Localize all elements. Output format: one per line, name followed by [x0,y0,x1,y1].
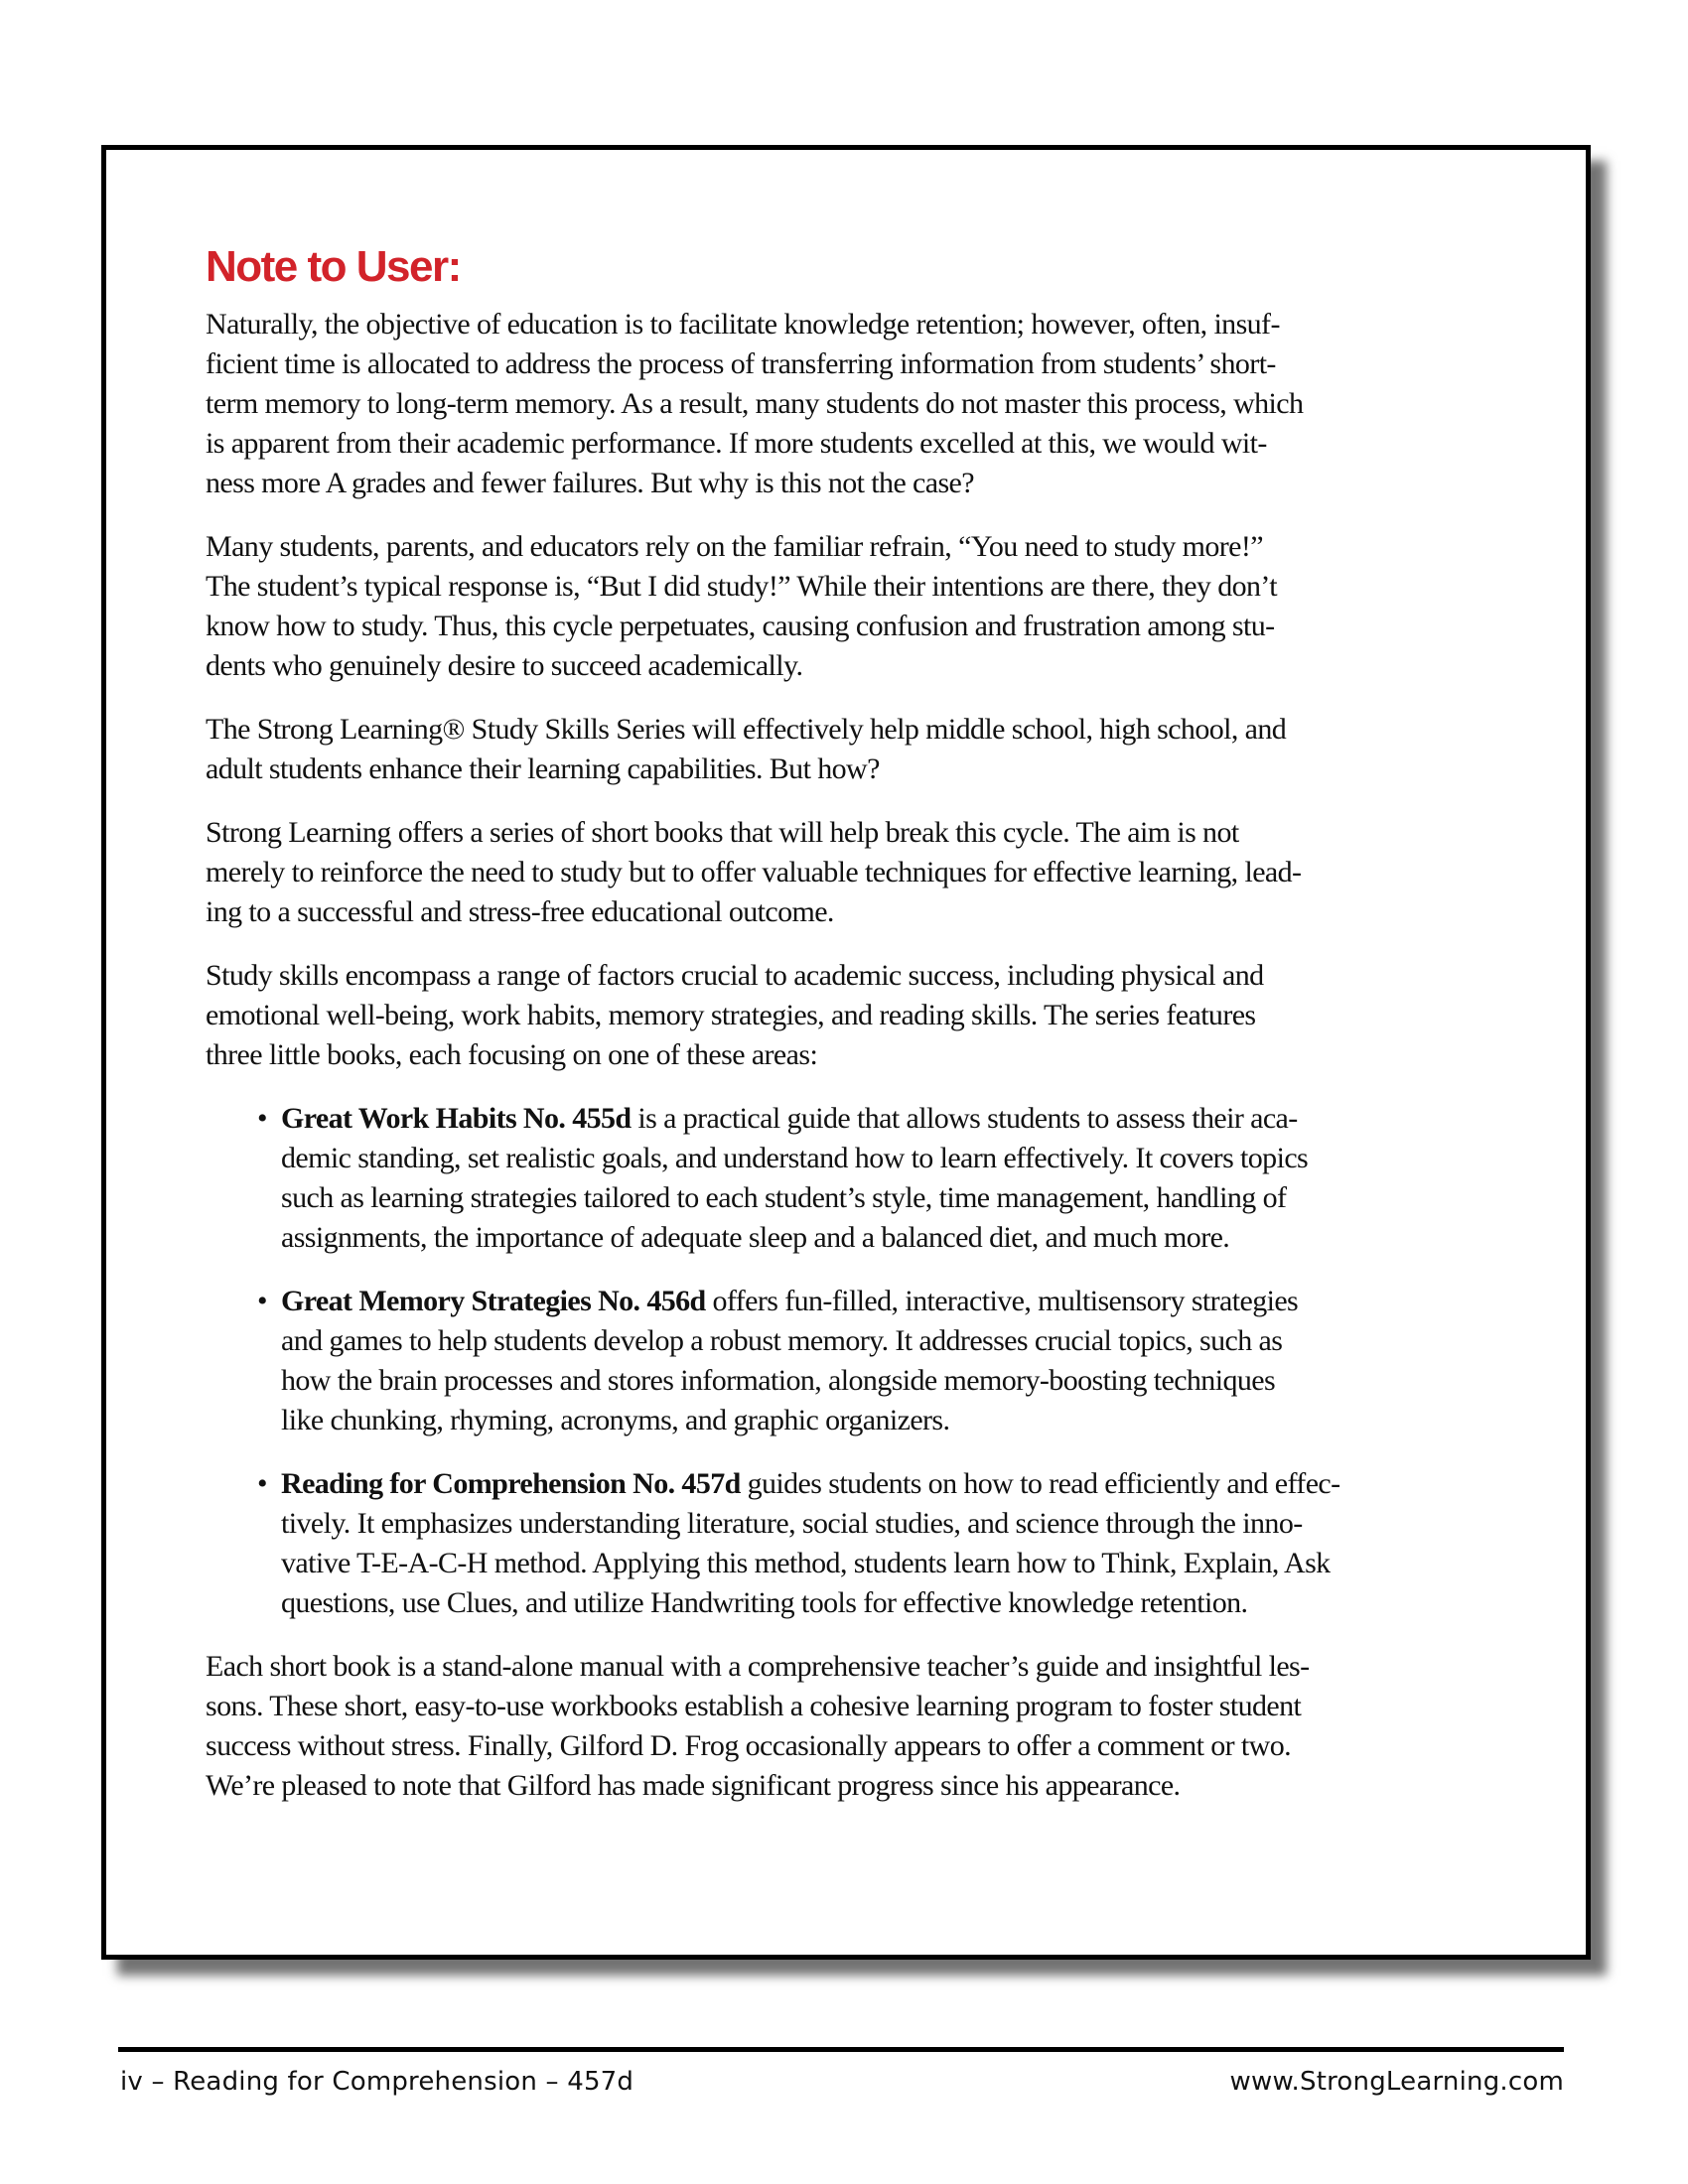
footer-divider [118,2047,1564,2052]
book-title: Great Memory Strategies No. 456d [281,1285,706,1317]
paragraph-series: The Strong Learning® Study Skills Series… [206,710,1496,789]
paragraph-intro: Naturally, the objective of education is… [206,305,1496,503]
note-box: Note to User: Naturally, the objective o… [101,145,1591,1960]
list-item-memory-strategies: •Great Memory Strategies No. 456d offers… [257,1282,1496,1440]
footer-website-link[interactable]: www.StrongLearning.com [1230,2067,1564,2097]
list-item-work-habits: •Great Work Habits No. 455d is a practic… [257,1099,1496,1258]
footer-page-label: iv – Reading for Comprehension – 457d [120,2067,633,2097]
page-title: Note to User: [206,239,1496,295]
bullet-icon: • [257,1464,267,1504]
paragraph-short-books: Strong Learning offers a series of short… [206,813,1496,932]
book-title: Reading for Comprehension No. 457d [281,1467,741,1500]
bullet-icon: • [257,1099,267,1139]
book-list: •Great Work Habits No. 455d is a practic… [206,1099,1496,1623]
paragraph-study-more: Many students, parents, and educators re… [206,527,1496,686]
list-item-reading-comprehension: •Reading for Comprehension No. 457d guid… [257,1464,1496,1623]
paragraph-closing: Each short book is a stand-alone manual … [206,1647,1496,1806]
book-title: Great Work Habits No. 455d [281,1102,632,1135]
note-content: Note to User: Naturally, the objective o… [206,239,1496,1830]
bullet-icon: • [257,1282,267,1321]
paragraph-study-skills: Study skills encompass a range of factor… [206,956,1496,1075]
